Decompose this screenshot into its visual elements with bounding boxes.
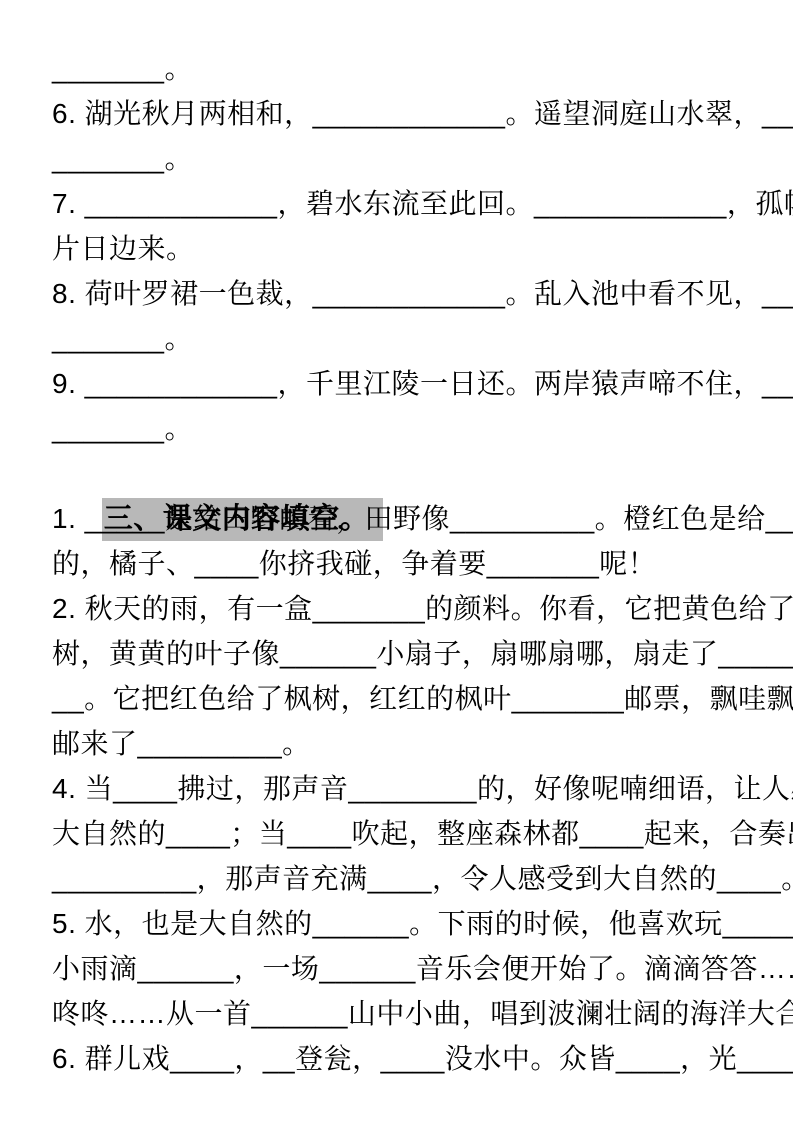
text-line: 6. 湖光秋月两相和，____________。遥望洞庭山水翠，_____ [52, 91, 748, 136]
text-line: 片日边来。 [52, 226, 748, 271]
worksheet-content: _______。6. 湖光秋月两相和，____________。遥望洞庭山水翠，… [52, 46, 748, 1081]
worksheet-item: _______。 [52, 46, 748, 91]
text-line: 小雨滴______，一场______音乐会便开始了。滴滴答答……叮叮 [52, 946, 748, 991]
text-line: _______。 [52, 406, 748, 451]
text-line: 1. _____是给田野的看，田野像_________。橙红色是给___ [52, 496, 748, 541]
text-line: __。它把红色给了枫树，红红的枫叶_______邮票，飘哇飘哇， [52, 676, 748, 721]
text-line: 7. ____________，碧水东流至此回。____________，孤帆一 [52, 181, 748, 226]
text-line: 9. ____________，千里江陵一日还。两岸猿声啼不住，_____ [52, 361, 748, 406]
worksheet-item: 7. ____________，碧水东流至此回。____________，孤帆一… [52, 181, 748, 271]
text-line: _______。 [52, 136, 748, 181]
text-line: 的，橘子、____你挤我碰，争着要_______呢！ [52, 541, 748, 586]
text-line: 5. 水，也是大自然的______。下雨的时候，他喜欢玩________。 [52, 901, 748, 946]
text-line: _________，那声音充满____，令人感受到大自然的____。 [52, 856, 748, 901]
worksheet-item: 6. 群儿戏____，__登瓮，____没水中。众皆____，光_______破 [52, 1036, 748, 1081]
text-line: _______。 [52, 46, 748, 91]
text-line: _______。 [52, 316, 748, 361]
poem-fill-section: _______。6. 湖光秋月两相和，____________。遥望洞庭山水翠，… [52, 46, 748, 451]
text-line: 树，黄黄的叶子像______小扇子，扇哪扇哪，扇走了________ [52, 631, 748, 676]
worksheet-item: 4. 当____拂过，那声音________的，好像呢喃细语，让人感受到大自然的… [52, 766, 748, 901]
text-line: 4. 当____拂过，那声音________的，好像呢喃细语，让人感受到 [52, 766, 748, 811]
worksheet-item: 5. 水，也是大自然的______。下雨的时候，他喜欢玩________。小雨滴… [52, 901, 748, 1036]
text-line: 大自然的____；当____吹起，整座森林都____起来，合奏出一首 [52, 811, 748, 856]
text-line: 6. 群儿戏____，__登瓮，____没水中。众皆____，光_______破 [52, 1036, 748, 1081]
worksheet-item: 9. ____________，千里江陵一日还。两岸猿声啼不住，________… [52, 361, 748, 451]
section-heading: 三、课文内容填空。 [52, 451, 748, 496]
text-fill-section: 1. _____是给田野的看，田野像_________。橙红色是给___的，橘子… [52, 496, 748, 1081]
text-line: 邮来了_________。 [52, 721, 748, 766]
worksheet-item: 1. _____是给田野的看，田野像_________。橙红色是给___的，橘子… [52, 496, 748, 586]
worksheet-item: 8. 荷叶罗裙一色裁，____________。乱入池中看不见，________… [52, 271, 748, 361]
worksheet-item: 2. 秋天的雨，有一盒_______的颜料。你看，它把黄色给了银杏树，黄黄的叶子… [52, 586, 748, 766]
worksheet-page: _______。6. 湖光秋月两相和，____________。遥望洞庭山水翠，… [0, 0, 793, 1122]
text-line: 咚咚……从一首______山中小曲，唱到波澜壮阔的海洋大合唱。 [52, 991, 748, 1036]
text-line: 2. 秋天的雨，有一盒_______的颜料。你看，它把黄色给了银杏 [52, 586, 748, 631]
worksheet-item: 6. 湖光秋月两相和，____________。遥望洞庭山水翠，________… [52, 91, 748, 181]
text-line: 8. 荷叶罗裙一色裁，____________。乱入池中看不见，_____ [52, 271, 748, 316]
